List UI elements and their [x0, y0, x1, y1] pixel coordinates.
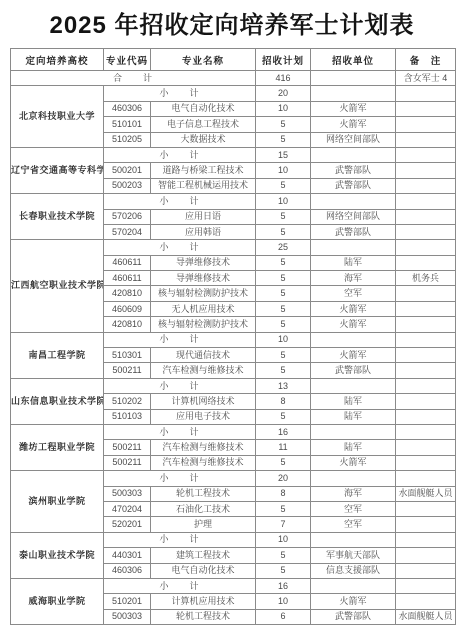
major-code: 520201: [104, 517, 151, 532]
remark: [396, 101, 456, 116]
subtotal-unit: [311, 147, 396, 162]
plan-count: 5: [256, 563, 311, 578]
subtotal-remark: [396, 147, 456, 162]
unit-name: 火箭军: [311, 348, 396, 363]
subtotal-label: 小 计: [104, 471, 256, 486]
total-unit: [311, 71, 396, 86]
major-name: 应用韩语: [151, 224, 256, 239]
subtotal-row: 泰山职业技术学院小 计10: [11, 532, 456, 547]
unit-name: 武警部队: [311, 363, 396, 378]
unit-name: 空军: [311, 517, 396, 532]
unit-name: 陆军: [311, 409, 396, 424]
unit-name: 火箭军: [311, 117, 396, 132]
plan-count: 5: [256, 409, 311, 424]
document-page: 2025 年招收定向培养军士计划表 定向培养高校 专业代码 专业名称 招收计划 …: [0, 0, 464, 633]
plan-count: 8: [256, 486, 311, 501]
plan-count: 5: [256, 348, 311, 363]
major-name: 电子信息工程技术: [151, 117, 256, 132]
major-name: 轮机工程技术: [151, 486, 256, 501]
remark: [396, 501, 456, 516]
subtotal-remark: [396, 194, 456, 209]
remark: [396, 363, 456, 378]
subtotal-plan-count: 20: [256, 86, 311, 101]
unit-name: 空军: [311, 501, 396, 516]
subtotal-label: 小 计: [104, 424, 256, 439]
plan-count: 10: [256, 594, 311, 609]
subtotal-remark: [396, 532, 456, 547]
major-name: 汽车检测与维修技术: [151, 455, 256, 470]
major-name: 道路与桥梁工程技术: [151, 163, 256, 178]
major-code: 440301: [104, 548, 151, 563]
remark: 水面舰艇人员: [396, 609, 456, 624]
unit-name: 火箭军: [311, 594, 396, 609]
subtotal-plan-count: 10: [256, 194, 311, 209]
plan-count: 5: [256, 271, 311, 286]
plan-table-body: 合 计416含女军士 4北京科技职业大学小 计20460306电气自动化技术10…: [11, 71, 456, 625]
subtotal-label: 小 计: [104, 194, 256, 209]
plan-count: 5: [256, 286, 311, 301]
subtotal-label: 小 计: [104, 332, 256, 347]
subtotal-label: 小 计: [104, 147, 256, 162]
major-name: 导弹维修技术: [151, 255, 256, 270]
column-header-unit: 招收单位: [311, 49, 396, 71]
table-header-row: 定向培养高校 专业代码 专业名称 招收计划 招收单位 备 注: [11, 49, 456, 71]
subtotal-row: 南昌工程学院小 计10: [11, 332, 456, 347]
plan-count: 6: [256, 609, 311, 624]
unit-name: 陆军: [311, 440, 396, 455]
subtotal-unit: [311, 424, 396, 439]
unit-name: 陆军: [311, 255, 396, 270]
remark: [396, 301, 456, 316]
remark: [396, 348, 456, 363]
subtotal-unit: [311, 578, 396, 593]
subtotal-row: 滨州职业学院小 计20: [11, 471, 456, 486]
major-name: 轮机工程技术: [151, 609, 256, 624]
column-header-remark: 备 注: [396, 49, 456, 71]
major-name: 核与辐射检测防护技术: [151, 286, 256, 301]
remark: [396, 394, 456, 409]
major-name: 现代通信技术: [151, 348, 256, 363]
major-code: 510301: [104, 348, 151, 363]
subtotal-label: 小 计: [104, 86, 256, 101]
remark: [396, 163, 456, 178]
subtotal-row: 山东信息职业技术学院小 计13: [11, 378, 456, 393]
major-name: 汽车检测与维修技术: [151, 363, 256, 378]
major-code: 500211: [104, 363, 151, 378]
unit-name: 武警部队: [311, 609, 396, 624]
school-name: 山东信息职业技术学院: [11, 378, 104, 424]
subtotal-plan-count: 25: [256, 240, 311, 255]
major-name: 无人机应用技术: [151, 301, 256, 316]
remark: [396, 255, 456, 270]
major-code: 500211: [104, 455, 151, 470]
subtotal-unit: [311, 532, 396, 547]
major-name: 核与辐射检测防护技术: [151, 317, 256, 332]
unit-name: 武警部队: [311, 163, 396, 178]
subtotal-plan-count: 20: [256, 471, 311, 486]
remark: [396, 209, 456, 224]
unit-name: 海军: [311, 271, 396, 286]
unit-name: 信息支援部队: [311, 563, 396, 578]
subtotal-row: 威海职业学院小 计16: [11, 578, 456, 593]
plan-count: 5: [256, 255, 311, 270]
major-name: 建筑工程技术: [151, 548, 256, 563]
plan-count: 10: [256, 101, 311, 116]
major-code: 460306: [104, 101, 151, 116]
remark: [396, 286, 456, 301]
plan-count: 7: [256, 517, 311, 532]
major-code: 460306: [104, 563, 151, 578]
major-code: 500203: [104, 178, 151, 193]
plan-count: 11: [256, 440, 311, 455]
plan-table: 定向培养高校 专业代码 专业名称 招收计划 招收单位 备 注 合 计416含女军…: [10, 48, 456, 625]
major-code: 460611: [104, 255, 151, 270]
remark: 水面舰艇人员: [396, 486, 456, 501]
subtotal-remark: [396, 86, 456, 101]
subtotal-plan-count: 10: [256, 532, 311, 547]
plan-count: 5: [256, 209, 311, 224]
plan-count: 5: [256, 363, 311, 378]
major-code: 500211: [104, 440, 151, 455]
plan-count: 5: [256, 301, 311, 316]
subtotal-remark: [396, 332, 456, 347]
plan-count: 8: [256, 394, 311, 409]
major-code: 420810: [104, 286, 151, 301]
subtotal-unit: [311, 240, 396, 255]
subtotal-plan-count: 15: [256, 147, 311, 162]
remark: [396, 455, 456, 470]
subtotal-remark: [396, 378, 456, 393]
school-name: 南昌工程学院: [11, 332, 104, 378]
major-name: 护理: [151, 517, 256, 532]
subtotal-plan-count: 16: [256, 424, 311, 439]
plan-count: 5: [256, 178, 311, 193]
plan-count: 5: [256, 501, 311, 516]
unit-name: 火箭军: [311, 455, 396, 470]
major-name: 应用日语: [151, 209, 256, 224]
remark: [396, 594, 456, 609]
major-name: 智能工程机械运用技术: [151, 178, 256, 193]
major-code: 510205: [104, 132, 151, 147]
unit-name: 武警部队: [311, 178, 396, 193]
major-name: 计算机应用技术: [151, 594, 256, 609]
remark: [396, 409, 456, 424]
unit-name: 火箭军: [311, 317, 396, 332]
total-label: 合 计: [11, 71, 256, 86]
major-name: 石油化工技术: [151, 501, 256, 516]
subtotal-label: 小 计: [104, 240, 256, 255]
subtotal-remark: [396, 424, 456, 439]
subtotal-row: 辽宁省交通高等专科学校小 计15: [11, 147, 456, 162]
school-name: 北京科技职业大学: [11, 86, 104, 148]
total-remark: 含女军士 4: [396, 71, 456, 86]
remark: [396, 178, 456, 193]
column-header-school: 定向培养高校: [11, 49, 104, 71]
subtotal-remark: [396, 471, 456, 486]
remark: [396, 117, 456, 132]
unit-name: 网络空间部队: [311, 209, 396, 224]
remark: [396, 132, 456, 147]
major-code: 510101: [104, 117, 151, 132]
major-name: 导弹维修技术: [151, 271, 256, 286]
plan-count: 5: [256, 117, 311, 132]
subtotal-unit: [311, 86, 396, 101]
major-code: 460609: [104, 301, 151, 316]
major-name: 电气自动化技术: [151, 101, 256, 116]
total-plan-count: 416: [256, 71, 311, 86]
remark: [396, 563, 456, 578]
major-code: 460611: [104, 271, 151, 286]
major-name: 汽车检测与维修技术: [151, 440, 256, 455]
major-code: 470204: [104, 501, 151, 516]
subtotal-unit: [311, 194, 396, 209]
unit-name: 海军: [311, 486, 396, 501]
major-name: 电气自动化技术: [151, 563, 256, 578]
school-name: 泰山职业技术学院: [11, 532, 104, 578]
unit-name: 陆军: [311, 394, 396, 409]
subtotal-label: 小 计: [104, 378, 256, 393]
total-row: 合 计416含女军士 4: [11, 71, 456, 86]
unit-name: 空军: [311, 286, 396, 301]
school-name: 辽宁省交通高等专科学校: [11, 147, 104, 193]
major-name: 应用电子技术: [151, 409, 256, 424]
subtotal-label: 小 计: [104, 532, 256, 547]
subtotal-row: 长春职业技术学院小 计10: [11, 194, 456, 209]
school-name: 滨州职业学院: [11, 471, 104, 533]
unit-name: 火箭军: [311, 301, 396, 316]
subtotal-row: 江西航空职业技术学院小 计25: [11, 240, 456, 255]
subtotal-row: 潍坊工程职业学院小 计16: [11, 424, 456, 439]
school-name: 威海职业学院: [11, 578, 104, 624]
column-header-plan: 招收计划: [256, 49, 311, 71]
remark: [396, 517, 456, 532]
subtotal-unit: [311, 378, 396, 393]
remark: [396, 224, 456, 239]
major-code: 510201: [104, 594, 151, 609]
plan-count: 5: [256, 317, 311, 332]
subtotal-plan-count: 13: [256, 378, 311, 393]
school-name: 潍坊工程职业学院: [11, 424, 104, 470]
plan-count: 5: [256, 224, 311, 239]
unit-name: 火箭军: [311, 101, 396, 116]
subtotal-label: 小 计: [104, 578, 256, 593]
subtotal-remark: [396, 240, 456, 255]
unit-name: 武警部队: [311, 224, 396, 239]
subtotal-row: 北京科技职业大学小 计20: [11, 86, 456, 101]
major-name: 大数据技术: [151, 132, 256, 147]
remark: 机务兵: [396, 271, 456, 286]
major-code: 510103: [104, 409, 151, 424]
remark: [396, 317, 456, 332]
major-name: 计算机网络技术: [151, 394, 256, 409]
plan-count: 5: [256, 132, 311, 147]
plan-count: 5: [256, 455, 311, 470]
unit-name: 网络空间部队: [311, 132, 396, 147]
subtotal-plan-count: 16: [256, 578, 311, 593]
major-code: 500303: [104, 486, 151, 501]
unit-name: 军事航天部队: [311, 548, 396, 563]
remark: [396, 440, 456, 455]
major-code: 510202: [104, 394, 151, 409]
subtotal-unit: [311, 471, 396, 486]
column-header-code: 专业代码: [104, 49, 151, 71]
column-header-major: 专业名称: [151, 49, 256, 71]
plan-count: 5: [256, 548, 311, 563]
plan-count: 10: [256, 163, 311, 178]
school-name: 长春职业技术学院: [11, 194, 104, 240]
major-code: 570204: [104, 224, 151, 239]
remark: [396, 548, 456, 563]
subtotal-plan-count: 10: [256, 332, 311, 347]
major-code: 500303: [104, 609, 151, 624]
school-name: 江西航空职业技术学院: [11, 240, 104, 332]
page-title: 2025 年招收定向培养军士计划表: [0, 0, 464, 48]
major-code: 570206: [104, 209, 151, 224]
subtotal-remark: [396, 578, 456, 593]
subtotal-unit: [311, 332, 396, 347]
major-code: 500201: [104, 163, 151, 178]
major-code: 420810: [104, 317, 151, 332]
